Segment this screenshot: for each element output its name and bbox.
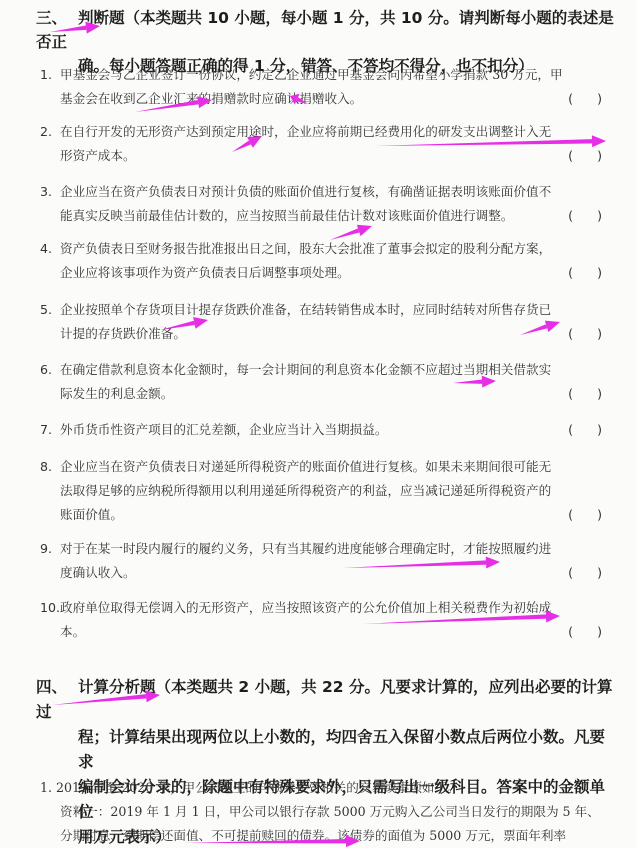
question-text: 对于在某一时段内履行的履约义务，只有当其履约进度能够合理确定时，才能按照履约进: [40, 537, 608, 561]
question-text: 计提的存货跌价准备。: [40, 322, 608, 346]
question-text: 企业应当在资产负债表日对递延所得税资产的账面价值进行复核。如果未来期间很可能无: [40, 455, 608, 479]
calc-question-text: 1. 2019 年至 2020 年，甲公司发生的与债券投资相关的交易或事项如下。: [40, 776, 620, 800]
question-text: 本。: [40, 620, 608, 644]
question-number: 2.: [40, 120, 52, 144]
question-text: 际发生的利息金额。: [40, 382, 608, 406]
section-3-title-line1: 判断题（本类题共 10 小题，每小题 1 分，共 10 分。请判断每小题的表述是…: [36, 9, 614, 51]
answer-blank[interactable]: ( ): [568, 503, 602, 527]
exam-page: 三、判断题（本类题共 10 小题，每小题 1 分，共 10 分。请判断每小题的表…: [0, 0, 637, 848]
calc-question-text: 资料一：2019 年 1 月 1 日，甲公司以银行存款 5000 万元购入乙公司…: [40, 800, 620, 824]
question-number: 10.: [40, 596, 60, 620]
question-5: 5. 企业按照单个存货项目计提存货跌价准备，在结转销售成本时，应同时结转对所售存…: [40, 298, 608, 346]
question-10: 10. 政府单位取得无偿调入的无形资产，应当按照该资产的公允价值加上相关税费作为…: [40, 596, 608, 644]
section-4-number: 四、: [36, 675, 78, 700]
question-text: 在确定借款利息资本化金额时，每一会计期间的利息资本化金额不应超过当期相关借款实: [40, 358, 608, 382]
section-4-title-line1: 计算分析题（本类题共 2 小题，共 22 分。凡要求计算的，应列出必要的计算过: [36, 678, 612, 721]
question-text: 企业应将该事项作为资产负债表日后调整事项处理。: [40, 261, 608, 285]
question-text: 外币货币性资产项目的汇兑差额，企业应当计入当期损益。: [40, 418, 608, 442]
question-number: 1.: [40, 63, 52, 87]
answer-blank[interactable]: ( ): [568, 204, 602, 228]
question-3: 3. 企业应当在资产负债表日对预计负债的账面价值进行复核，有确凿证据表明该账面价…: [40, 180, 608, 228]
question-7: 7. 外币货币性资产项目的汇兑差额，企业应当计入当期损益。 ( ): [40, 418, 608, 442]
answer-blank[interactable]: ( ): [568, 418, 602, 442]
question-number: 5.: [40, 298, 52, 322]
question-number: 3.: [40, 180, 52, 204]
question-number: 9.: [40, 537, 52, 561]
question-2: 2. 在自行开发的无形资产达到预定用途时，企业应将前期已经费用化的研发支出调整计…: [40, 120, 608, 168]
question-4: 4. 资产负债表日至财务报告批准报出日之间，股东大会批准了董事会拟定的股利分配方…: [40, 237, 608, 285]
question-text: 形资产成本。: [40, 144, 608, 168]
question-text: 企业按照单个存货项目计提存货跌价准备，在结转销售成本时，应同时结转对所售存货已: [40, 298, 608, 322]
calc-question-text: 分期付息、到期偿还面值、不可提前赎回的债券。该债券的面值为 5000 万元，票面…: [40, 824, 620, 848]
section-3-number: 三、: [36, 6, 78, 30]
answer-blank[interactable]: ( ): [568, 144, 602, 168]
answer-blank[interactable]: ( ): [568, 261, 602, 285]
question-text: 基金会在收到乙企业汇来的捐赠款时应确认捐赠收入。: [40, 87, 608, 111]
question-text: 企业应当在资产负债表日对预计负债的账面价值进行复核，有确凿证据表明该账面价值不: [40, 180, 608, 204]
question-text: 资产负债表日至财务报告批准报出日之间，股东大会批准了董事会拟定的股利分配方案，: [40, 237, 608, 261]
question-text: 度确认收入。: [40, 561, 608, 585]
question-number: 7.: [40, 418, 52, 442]
question-6: 6. 在确定借款利息资本化金额时，每一会计期间的利息资本化金额不应超过当期相关借…: [40, 358, 608, 406]
question-text: 甲基金会与乙企业签订一份协议，约定乙企业通过甲基金会向丙希望小学捐款 30 万元…: [40, 63, 608, 87]
question-number: 8.: [40, 455, 52, 479]
answer-blank[interactable]: ( ): [568, 382, 602, 406]
question-9: 9. 对于在某一时段内履行的履约义务，只有当其履约进度能够合理确定时，才能按照履…: [40, 537, 608, 585]
section-4-title-line2: 程；计算结果出现两位以上小数的，均四舍五入保留小数点后两位小数。凡要求: [36, 725, 616, 775]
question-text: 法取得足够的应纳税所得额用以利用递延所得税资产的利益，应当减记递延所得税资产的: [40, 479, 608, 503]
question-number: 6.: [40, 358, 52, 382]
answer-blank[interactable]: ( ): [568, 620, 602, 644]
answer-blank[interactable]: ( ): [568, 561, 602, 585]
question-text: 在自行开发的无形资产达到预定用途时，企业应将前期已经费用化的研发支出调整计入无: [40, 120, 608, 144]
question-1: 1. 甲基金会与乙企业签订一份协议，约定乙企业通过甲基金会向丙希望小学捐款 30…: [40, 63, 608, 111]
calc-question-1: 1. 2019 年至 2020 年，甲公司发生的与债券投资相关的交易或事项如下。…: [40, 776, 620, 848]
question-text: 政府单位取得无偿调入的无形资产，应当按照该资产的公允价值加上相关税费作为初始成: [40, 596, 608, 620]
answer-blank[interactable]: ( ): [568, 322, 602, 346]
question-8: 8. 企业应当在资产负债表日对递延所得税资产的账面价值进行复核。如果未来期间很可…: [40, 455, 608, 527]
question-number: 4.: [40, 237, 52, 261]
question-text: 账面价值。: [40, 503, 608, 527]
question-text: 能真实反映当前最佳估计数的，应当按照当前最佳估计数对该账面价值进行调整。: [40, 204, 608, 228]
answer-blank[interactable]: ( ): [568, 87, 602, 111]
